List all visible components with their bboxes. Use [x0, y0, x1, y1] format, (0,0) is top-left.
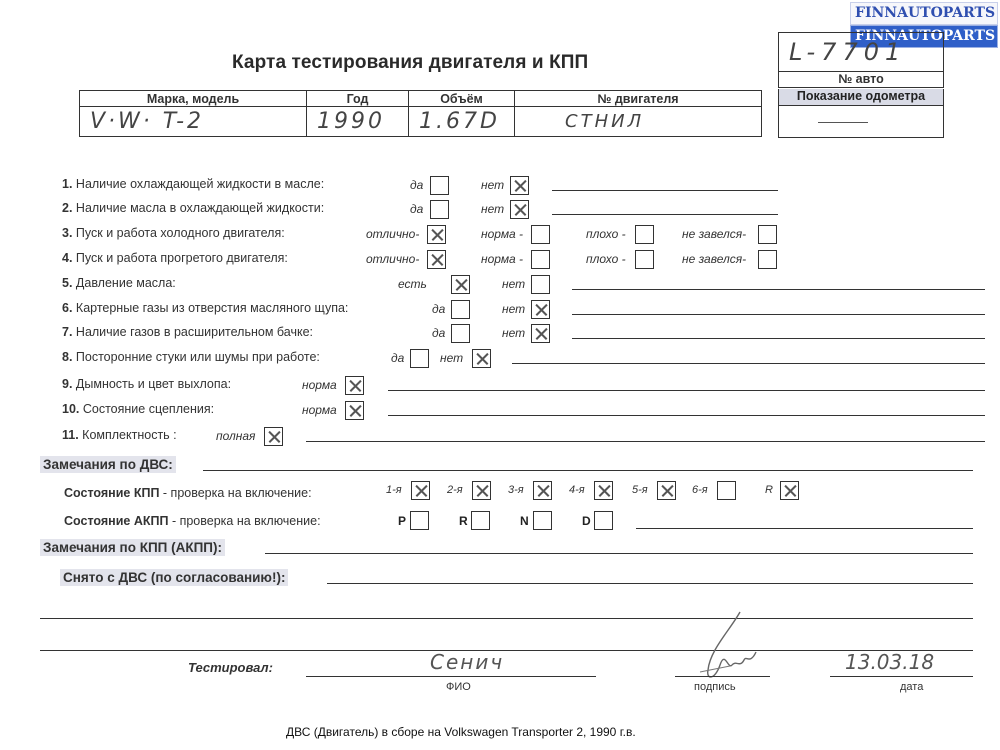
- auto-position-label: P: [398, 514, 406, 528]
- option-label: да: [432, 302, 445, 316]
- question-7: 7. Наличие газов в расширительном бачке:: [62, 325, 313, 339]
- checkbox-3-4[interactable]: [758, 225, 777, 244]
- checkbox-6-1[interactable]: [451, 300, 470, 319]
- engine-remarks-label: Замечания по ДВС:: [40, 456, 176, 473]
- checkbox-8-1[interactable]: [410, 349, 429, 368]
- auto-position-checkbox-R[interactable]: [471, 511, 490, 530]
- checkbox-2-1[interactable]: [430, 200, 449, 219]
- gear-label: 2-я: [447, 484, 463, 496]
- signature-scribble-icon: [680, 610, 770, 690]
- checkbox-3-3[interactable]: [635, 225, 654, 244]
- gear-label: 6-я: [692, 484, 708, 496]
- date-value[interactable]: 13.03.18: [845, 650, 934, 674]
- question-4: 4. Пуск и работа прогретого двигателя:: [62, 251, 288, 265]
- comment-line[interactable]: [572, 338, 985, 339]
- gear-label: 1-я: [386, 484, 402, 496]
- comment-line[interactable]: [552, 214, 778, 215]
- question-11: 11. Комплектность :: [62, 428, 177, 442]
- auto-position-label: N: [520, 514, 529, 528]
- auto-position-checkbox-D[interactable]: [594, 511, 613, 530]
- gear-checkbox-1[interactable]: [411, 481, 430, 500]
- checkbox-3-1[interactable]: [427, 225, 446, 244]
- checkbox-7-2[interactable]: [531, 324, 550, 343]
- gearbox-remarks-line[interactable]: [265, 553, 973, 554]
- name-caption: ФИО: [446, 681, 471, 693]
- option-label: нет: [440, 351, 463, 365]
- comment-line[interactable]: [552, 190, 778, 191]
- question-3: 3. Пуск и работа холодного двигателя:: [62, 226, 285, 240]
- checkbox-4-4[interactable]: [758, 250, 777, 269]
- comment-line[interactable]: [306, 441, 985, 442]
- checkbox-2-2[interactable]: [510, 200, 529, 219]
- auto-gearbox-line[interactable]: [636, 528, 973, 529]
- gear-label: 4-я: [569, 484, 585, 496]
- option-label: нет: [502, 277, 525, 291]
- checkbox-1-2[interactable]: [510, 176, 529, 195]
- column-volume: Объём: [409, 91, 515, 107]
- checkbox-8-2[interactable]: [472, 349, 491, 368]
- comment-line[interactable]: [512, 363, 985, 364]
- option-label: нет: [502, 326, 525, 340]
- signature-caption: подпись: [694, 681, 736, 693]
- question-9: 9. Дымность и цвет выхлопа:: [62, 377, 231, 391]
- removed-line[interactable]: [327, 583, 973, 584]
- comment-line[interactable]: [388, 390, 985, 391]
- date-line: [830, 676, 973, 677]
- column-year: Год: [307, 91, 409, 107]
- question-8: 8. Посторонние стуки или шумы при работе…: [62, 350, 320, 364]
- signature-line: [675, 676, 770, 677]
- comment-line[interactable]: [572, 289, 985, 290]
- gear-checkbox-4[interactable]: [594, 481, 613, 500]
- checkbox-5-2[interactable]: [531, 275, 550, 294]
- option-label: норма -: [481, 252, 523, 266]
- option-label: нет: [502, 302, 525, 316]
- option-label: отлично-: [366, 252, 419, 266]
- tester-name-value[interactable]: Cенич: [430, 650, 504, 674]
- question-5: 5. Давление масла:: [62, 276, 176, 290]
- checkbox-7-1[interactable]: [451, 324, 470, 343]
- auto-position-label: D: [582, 514, 591, 528]
- gear-checkbox-3[interactable]: [533, 481, 552, 500]
- column-engine-number: № двигателя: [515, 91, 762, 107]
- auto-number-label: № авто: [779, 72, 943, 87]
- checkbox-11-1[interactable]: [264, 427, 283, 446]
- signature[interactable]: [680, 610, 770, 690]
- manual-gearbox-label: Состояние КПП - проверка на включение:: [64, 486, 312, 500]
- gear-label: R: [765, 484, 773, 496]
- gear-checkbox-7[interactable]: [780, 481, 799, 500]
- engine-number-value[interactable]: CTHИЛ: [515, 107, 762, 137]
- option-label: нет: [481, 202, 504, 216]
- watermark-line: FINNAUTOPARTS: [850, 2, 998, 25]
- extra-line-1[interactable]: [40, 618, 973, 619]
- column-make-model: Марка, модель: [80, 91, 307, 107]
- auto-number-value[interactable]: L-7701: [779, 33, 943, 72]
- image-caption: ДВС (Двигатель) в сборе на Volkswagen Tr…: [286, 725, 636, 739]
- option-label: не завелся-: [682, 227, 746, 241]
- option-label: плохо -: [586, 227, 626, 241]
- option-label: да: [410, 202, 423, 216]
- make-model-value[interactable]: V·W· T-2: [80, 107, 307, 137]
- engine-remarks-line[interactable]: [203, 470, 973, 471]
- comment-line[interactable]: [388, 415, 985, 416]
- gear-checkbox-6[interactable]: [717, 481, 736, 500]
- option-label: да: [391, 351, 404, 365]
- auto-position-checkbox-N[interactable]: [533, 511, 552, 530]
- option-label: норма: [302, 378, 337, 392]
- gear-checkbox-5[interactable]: [657, 481, 676, 500]
- option-label: полная: [216, 429, 255, 443]
- checkbox-4-1[interactable]: [427, 250, 446, 269]
- option-label: нет: [481, 178, 504, 192]
- odometer-dash: [818, 122, 868, 123]
- gear-label: 5-я: [632, 484, 648, 496]
- question-2: 2. Наличие масла в охлаждающей жидкости:: [62, 201, 324, 215]
- question-6: 6. Картерные газы из отверстия масляного…: [62, 301, 348, 315]
- name-line: [306, 676, 596, 677]
- option-label: норма: [302, 403, 337, 417]
- checkbox-5-1[interactable]: [451, 275, 470, 294]
- auto-position-checkbox-P[interactable]: [410, 511, 429, 530]
- question-10: 10. Состояние сцепления:: [62, 402, 214, 416]
- option-label: не завелся-: [682, 252, 746, 266]
- option-label: отлично-: [366, 227, 419, 241]
- volume-value[interactable]: 1.67D: [409, 107, 515, 137]
- checkbox-6-2[interactable]: [531, 300, 550, 319]
- auto-number-box: L-7701 № авто: [778, 32, 944, 88]
- option-label: да: [410, 178, 423, 192]
- auto-gearbox-label: Состояние АКПП - проверка на включение:: [64, 514, 321, 528]
- question-1: 1. Наличие охлаждающей жидкости в масле:: [62, 177, 324, 191]
- removed-label: Снято с ДВС (по согласованию!):: [60, 569, 288, 586]
- option-label: норма -: [481, 227, 523, 241]
- option-label: да: [432, 326, 445, 340]
- tested-by-label: Тестировал:: [188, 660, 273, 675]
- gearbox-remarks-label: Замечания по КПП (АКПП):: [40, 539, 225, 556]
- checkbox-4-2[interactable]: [531, 250, 550, 269]
- checkbox-3-2[interactable]: [531, 225, 550, 244]
- option-label: плохо -: [586, 252, 626, 266]
- year-value[interactable]: 1990: [307, 107, 409, 137]
- vehicle-info-table: Марка, модель Год Объём № двигателя V·W·…: [79, 90, 762, 137]
- checkbox-4-3[interactable]: [635, 250, 654, 269]
- document-title: Карта тестирования двигателя и КПП: [232, 52, 588, 74]
- checkbox-9-1[interactable]: [345, 376, 364, 395]
- gear-label: 3-я: [508, 484, 524, 496]
- extra-line-2[interactable]: [40, 650, 973, 651]
- comment-line[interactable]: [572, 314, 985, 315]
- odometer-label: Показание одометра: [778, 89, 944, 106]
- checkbox-10-1[interactable]: [345, 401, 364, 420]
- checkbox-1-1[interactable]: [430, 176, 449, 195]
- auto-position-label: R: [459, 514, 468, 528]
- date-caption: дата: [900, 681, 923, 693]
- option-label: есть: [398, 277, 427, 291]
- gear-checkbox-2[interactable]: [472, 481, 491, 500]
